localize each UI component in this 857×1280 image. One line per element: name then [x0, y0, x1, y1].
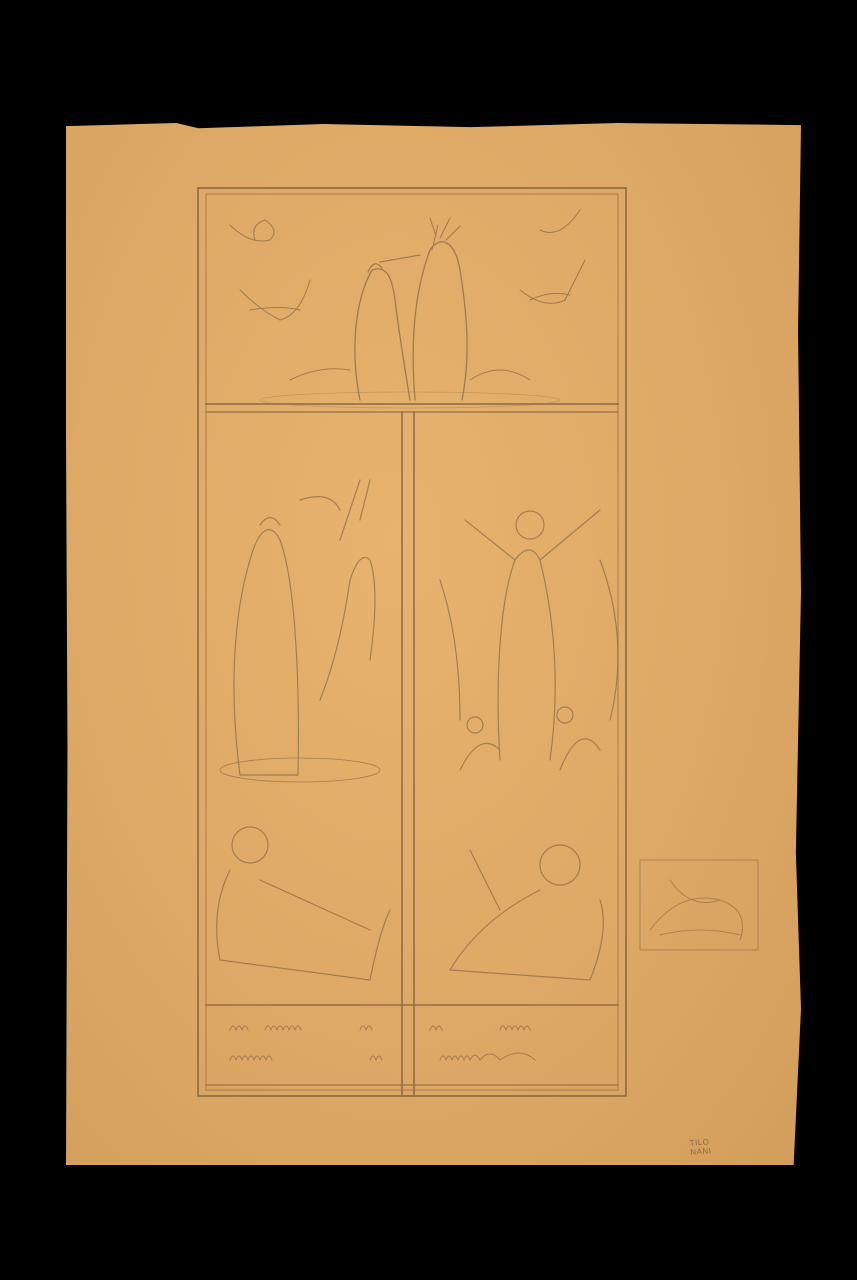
assumption-figures [440, 510, 618, 770]
pencil-sketch [0, 0, 857, 1280]
annunciation-figures [220, 480, 380, 782]
inscription-panel [206, 1005, 618, 1085]
vertical-divider [402, 412, 414, 1096]
signature: TILO NANI [689, 1137, 711, 1156]
top-panel [206, 210, 618, 412]
outer-frame [198, 188, 626, 1096]
side-thumbnail [640, 860, 758, 950]
seated-saints [217, 827, 604, 980]
